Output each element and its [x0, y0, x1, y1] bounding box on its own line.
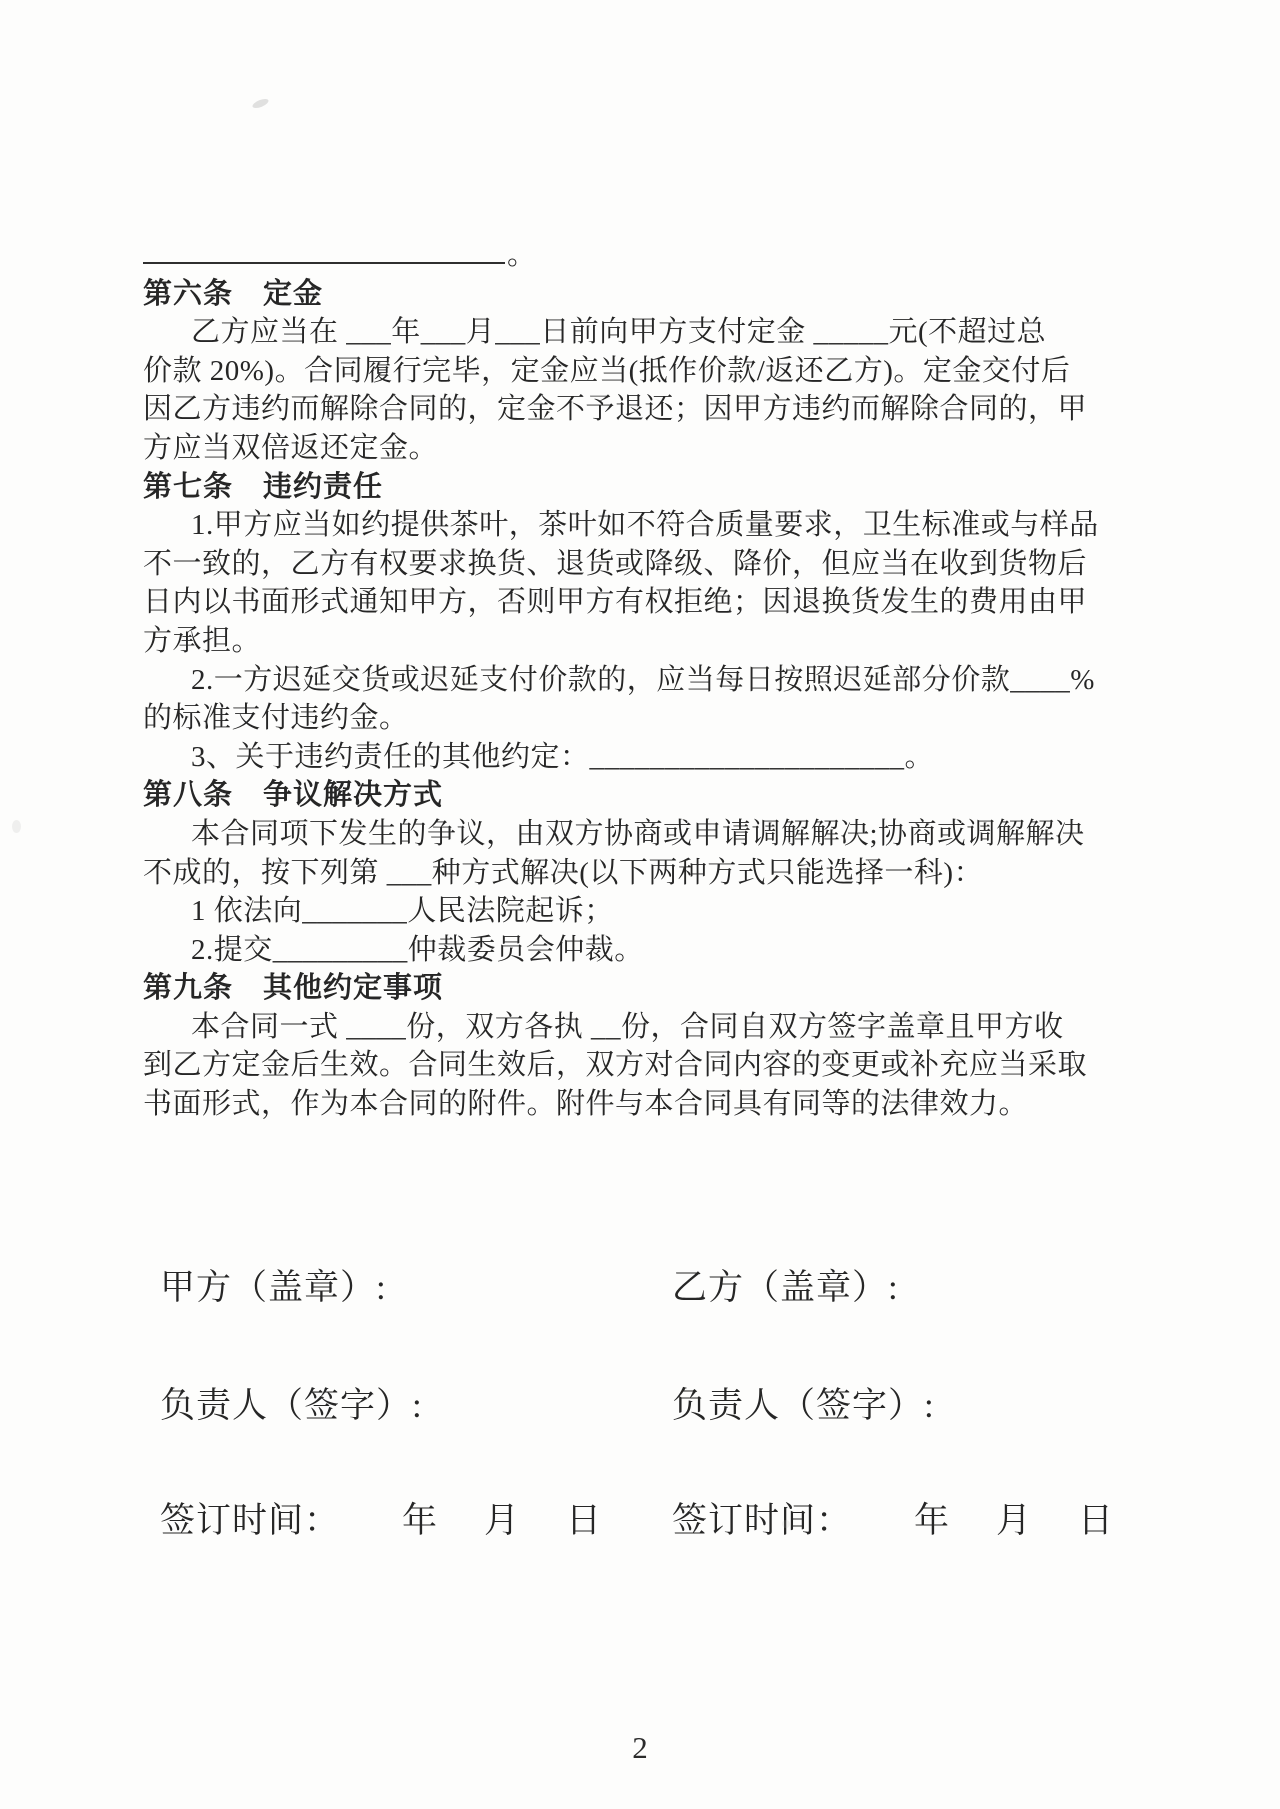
year-label: 年	[914, 1501, 950, 1540]
year-label: 年	[402, 1501, 438, 1540]
contract-line: 2.一方迟延交货或迟延支付价款的，应当每日按照迟延部分价款____%	[143, 661, 1099, 700]
party-a-sign-date: 签订时间：年月日	[160, 1493, 602, 1543]
party-a-signer-label: 负责人（签字）:	[160, 1378, 423, 1428]
contract-line: 日内以书面形式通知甲方，否则甲方有权拒绝；因退换货发生的费用由甲	[143, 583, 1099, 622]
section-heading-article7: 第七条 违约责任	[143, 468, 1099, 507]
contract-line: 3、关于违约责任的其他约定：_____________________。	[143, 738, 1099, 777]
scan-noise-speck	[12, 820, 21, 833]
sign-date-label: 签订时间：	[160, 1501, 340, 1540]
contract-line: 书面形式，作为本合同的附件。附件与本合同具有同等的法律效力。	[143, 1085, 1099, 1124]
carryover-punctuation: 。	[507, 239, 537, 271]
contract-line: 不一致的，乙方有权要求换货、退货或降级、降价，但应当在收到货物后	[143, 545, 1099, 584]
contract-line: 方承担。	[143, 622, 1099, 661]
section-heading-article6: 第六条 定金	[143, 275, 1099, 314]
party-a-seal-label: 甲方（盖章）:	[160, 1260, 387, 1310]
section-heading-article9: 第九条 其他约定事项	[143, 969, 1099, 1008]
scan-noise-speck	[251, 97, 269, 110]
contract-line: 本合同项下发生的争议，由双方协商或申请调解解决;协商或调解解决	[143, 815, 1099, 854]
contract-line: 的标准支付违约金。	[143, 699, 1099, 738]
page-number: 2	[0, 1730, 1280, 1766]
contract-line: 不成的，按下列第 ___种方式解决(以下两种方式只能选择一科)：	[143, 854, 1099, 893]
scanned-contract-page: 。 第六条 定金 乙方应当在 ___年___月___日前向甲方支付定金 ____…	[0, 0, 1280, 1809]
contract-line: 1.甲方应当如约提供茶叶，茶叶如不符合质量要求，卫生标准或与样品	[143, 506, 1099, 545]
contract-line: 因乙方违约而解除合同的，定金不予退还；因甲方违约而解除合同的，甲	[143, 390, 1099, 429]
month-label: 月	[996, 1501, 1032, 1540]
party-b-signer-label: 负责人（签字）:	[672, 1378, 935, 1428]
contract-line: 价款 20%)。合同履行完毕，定金应当(抵作价款/返还乙方)。定金交付后	[143, 352, 1099, 391]
section-heading-article8: 第八条 争议解决方式	[143, 776, 1099, 815]
scan-noise-speck	[782, 1520, 790, 1528]
contract-line: 1 依法向_______人民法院起诉；	[143, 892, 1099, 931]
sign-date-label: 签订时间：	[672, 1501, 852, 1540]
party-b-seal-label: 乙方（盖章）:	[672, 1260, 899, 1310]
contract-line: 2.提交_________仲裁委员会仲裁。	[143, 931, 1099, 970]
fill-in-blank-rule	[143, 237, 505, 264]
contract-body: 。 第六条 定金 乙方应当在 ___年___月___日前向甲方支付定金 ____…	[143, 236, 1099, 1124]
contract-line-carryover: 。	[143, 236, 1099, 275]
contract-line: 乙方应当在 ___年___月___日前向甲方支付定金 _____元(不超过总	[143, 313, 1099, 352]
contract-line: 到乙方定金后生效。合同生效后，双方对合同内容的变更或补充应当采取	[143, 1046, 1099, 1085]
month-label: 月	[484, 1501, 520, 1540]
contract-line: 方应当双倍返还定金。	[143, 429, 1099, 468]
day-label: 日	[566, 1501, 602, 1540]
day-label: 日	[1078, 1501, 1114, 1540]
party-b-sign-date: 签订时间：年月日	[672, 1493, 1114, 1543]
contract-line: 本合同一式 ____份，双方各执 __份，合同自双方签字盖章且甲方收	[143, 1008, 1099, 1047]
